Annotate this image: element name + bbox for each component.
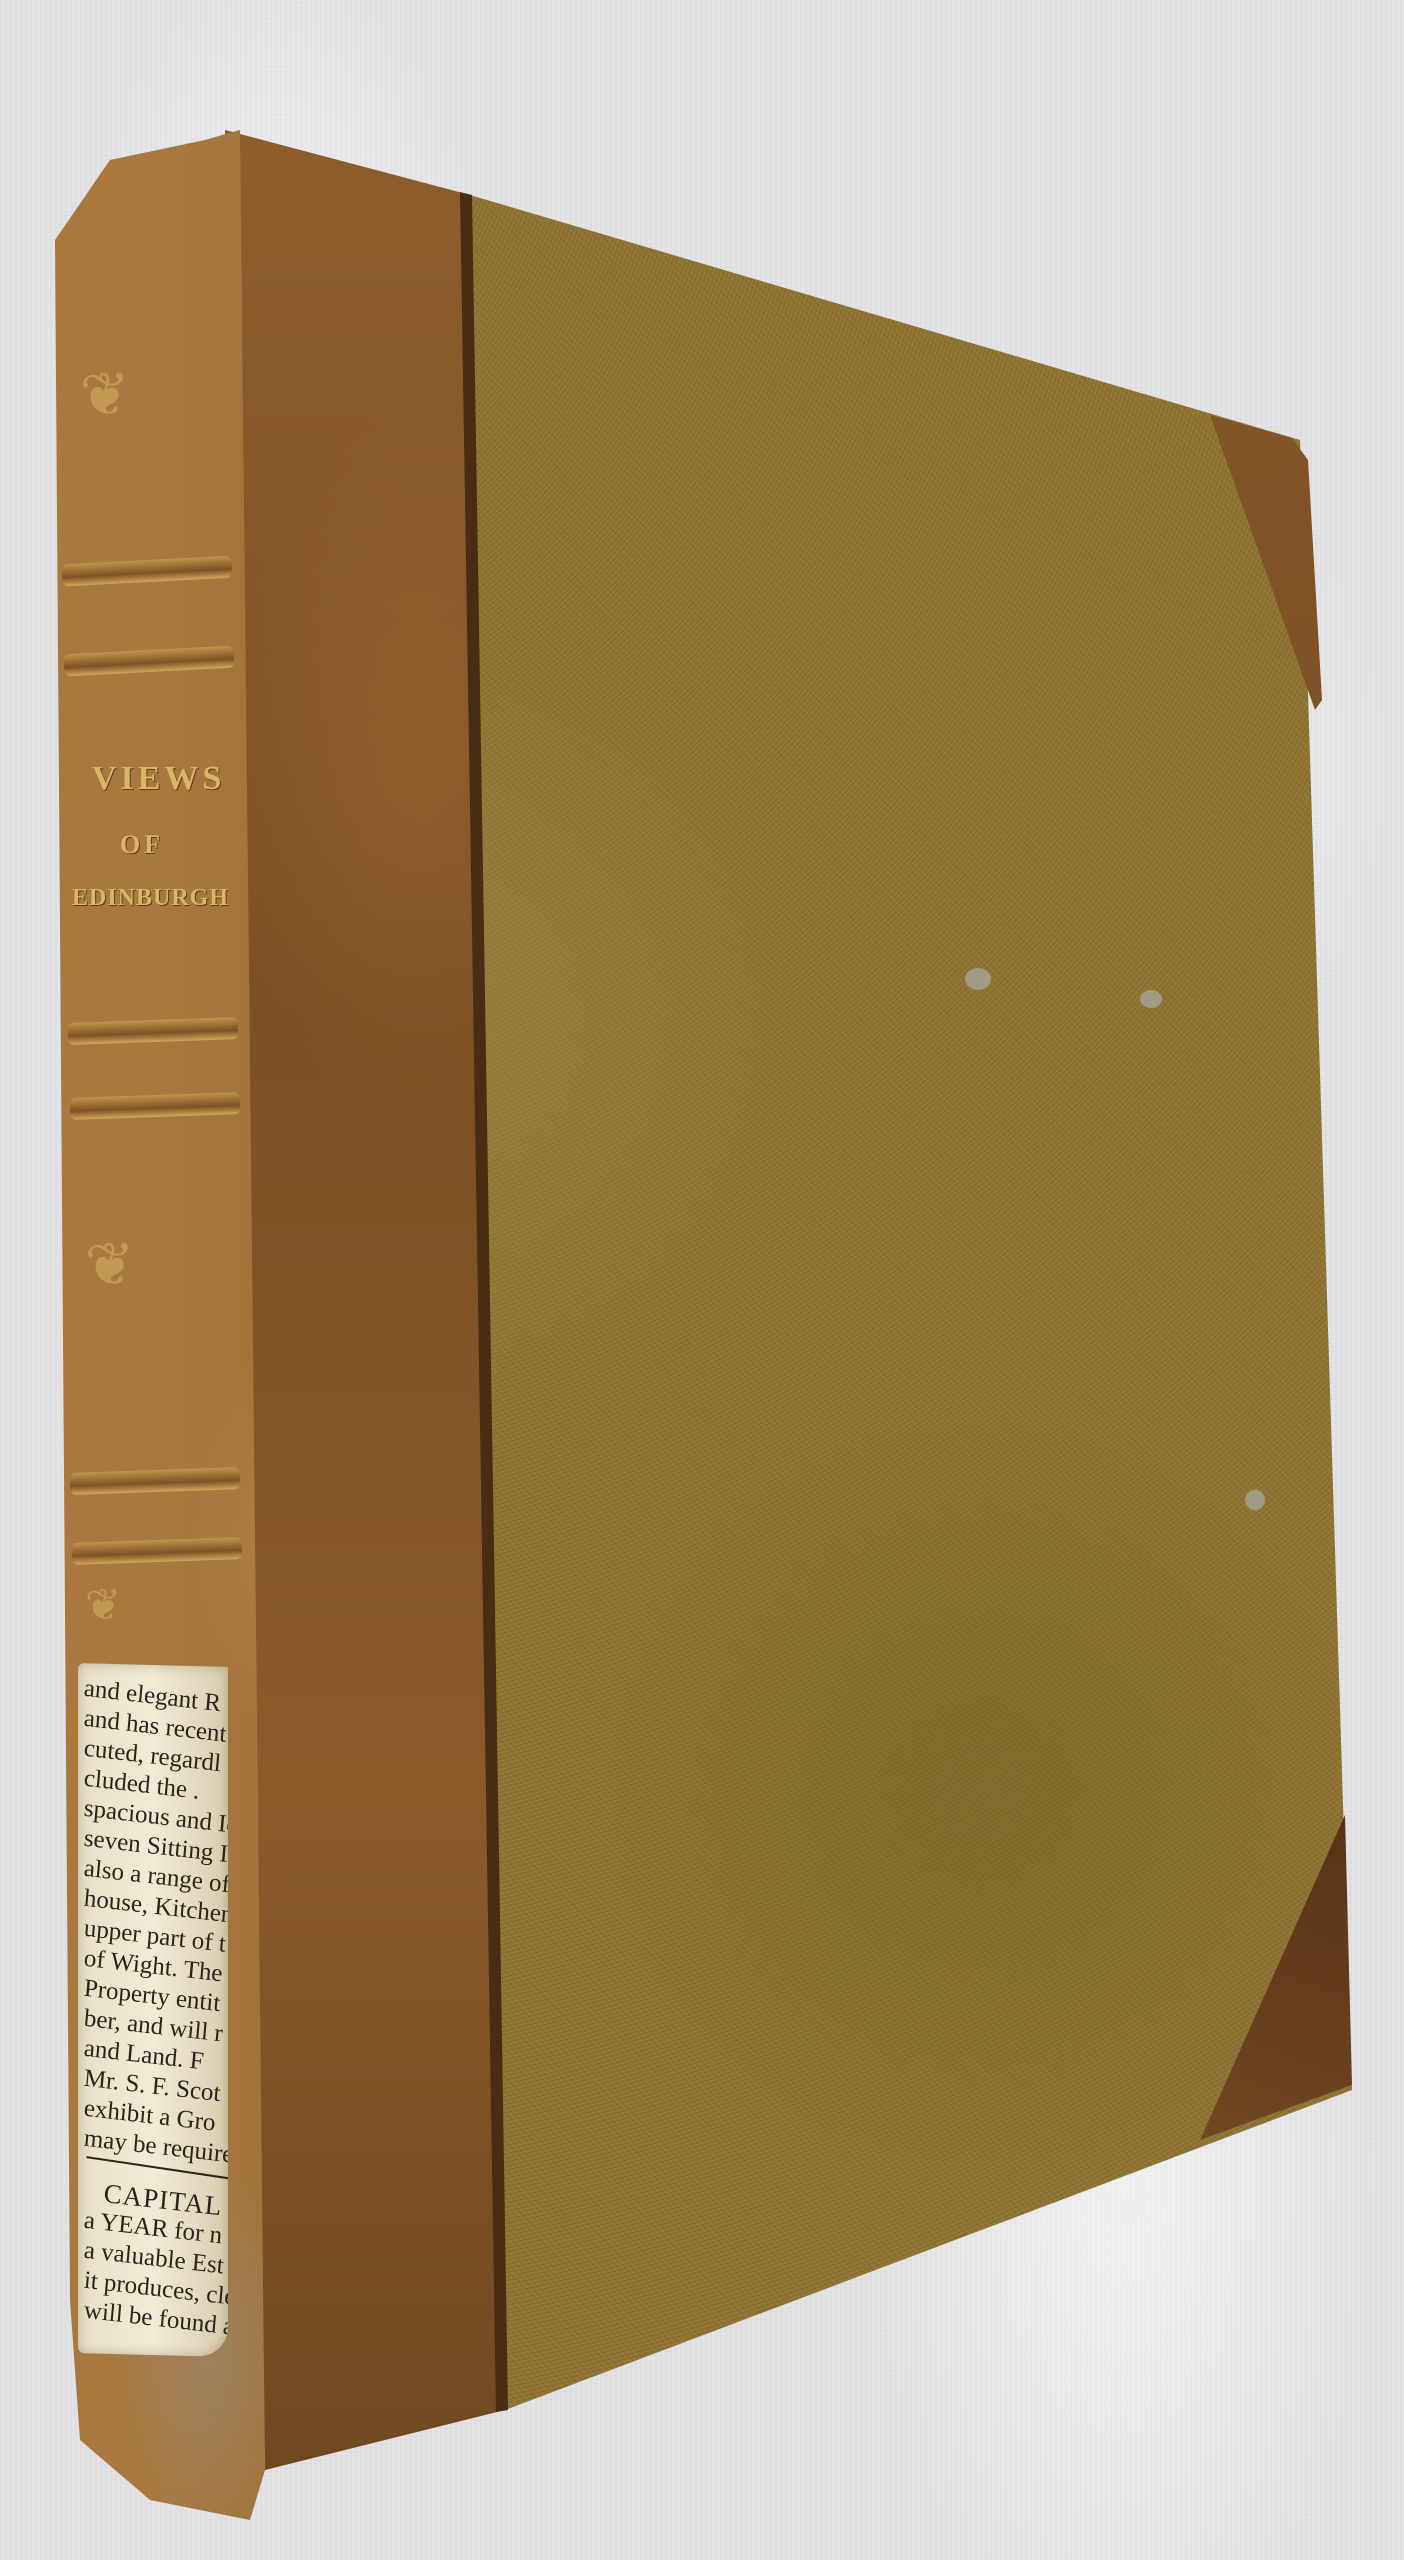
pasted-newspaper-label: and elegant R and has recent cuted, rega… [78,1663,228,2357]
spine-title-line3: EDINBURGH [72,885,229,912]
photo-scene: ❦ ❦ ❦ VIEWS OF EDINBURGH and elegant R a… [0,0,1404,2560]
cover-blemish [965,968,991,990]
spine-ornament-icon: ❦ [84,1579,123,1631]
spine-ornament-icon: ❦ [79,359,132,431]
spine-title-line2: OF [120,830,164,860]
cover-blemish [1140,990,1162,1008]
spine-title-line1: VIEWS [92,760,225,798]
spine-ornament-icon: ❦ [84,1229,137,1301]
cover-blemish [1245,1490,1265,1510]
